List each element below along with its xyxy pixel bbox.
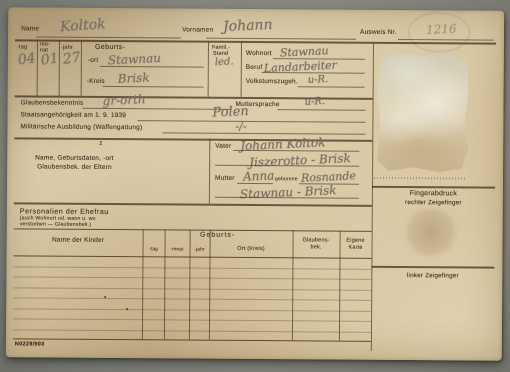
mutter-value: Anna bbox=[243, 168, 275, 183]
children-ort-col: Ort (Kreis) bbox=[210, 246, 293, 253]
wohnort-value: Stawnau bbox=[280, 44, 329, 59]
beruf-label: Beruf bbox=[246, 64, 263, 72]
table-column-divider bbox=[339, 231, 341, 341]
glauben-underline bbox=[83, 108, 231, 110]
fingerprint-title: Fingerabdruck bbox=[372, 190, 495, 199]
militaer-underline bbox=[162, 132, 365, 134]
mutter-label: Mutter bbox=[215, 175, 235, 183]
geborene-label: geborene bbox=[275, 177, 298, 183]
fingerprint-right-label: rechter Zeigefinger bbox=[372, 199, 495, 207]
mutter-line2-value: Stawnau - Brisk bbox=[240, 183, 337, 201]
children-glauben-col-1: Glaubens- bbox=[293, 237, 340, 244]
name-value: Koltok bbox=[60, 16, 106, 35]
kreis-underline bbox=[103, 86, 204, 88]
registration-card: Name Koltok Vornamen Johann Ausweis Nr. … bbox=[6, 7, 504, 360]
jahr-value: 27 bbox=[62, 50, 82, 68]
name-label: Name bbox=[21, 25, 39, 33]
ort-value: Stawnau bbox=[108, 51, 162, 67]
vornamen-value: Johann bbox=[223, 17, 273, 35]
muttersprache-value: u-R. bbox=[304, 96, 325, 108]
fingerprint-section-border bbox=[372, 186, 495, 189]
children-glauben-col-2: bek. bbox=[293, 244, 340, 251]
table-column-divider bbox=[292, 230, 294, 340]
militaer-label: Militärische Ausbildung (Waffengattung) bbox=[20, 123, 142, 131]
geburts-title: Geburts- bbox=[95, 44, 125, 52]
glauben-label: Glaubensbekenntnis bbox=[21, 99, 84, 107]
staat-value: Polen bbox=[212, 104, 249, 121]
volkstum-label: Volkstumszugeh. bbox=[246, 78, 298, 86]
children-tag-col: -tag bbox=[143, 247, 165, 253]
table-row bbox=[13, 318, 371, 321]
mutter-underline bbox=[237, 183, 273, 184]
ort-underline bbox=[100, 66, 204, 68]
glauben-value: gr-orth bbox=[102, 92, 146, 108]
table-column-divider bbox=[209, 230, 211, 340]
volkstum-value: u-R. bbox=[307, 74, 328, 86]
cell-divider bbox=[37, 40, 38, 95]
vater-line2-value: Jiszerotto - Brisk bbox=[249, 151, 351, 170]
vater-label: Vater bbox=[215, 143, 231, 151]
children-karte-col-2: Karte bbox=[340, 245, 372, 252]
muttersprache-underline bbox=[278, 109, 366, 111]
table-bottom-border bbox=[13, 338, 371, 341]
children-jahr-col: -jahr bbox=[190, 248, 210, 254]
monat-value: 01 bbox=[40, 50, 60, 68]
staat-label: Staatsangehörigkeit am 1. 9. 1939 bbox=[20, 111, 126, 119]
cell-divider bbox=[59, 41, 60, 96]
staat-underline bbox=[137, 120, 365, 123]
vornamen-underline bbox=[206, 38, 356, 40]
militaer-value: -/- bbox=[235, 120, 247, 133]
fingerprint-section-border bbox=[371, 266, 494, 269]
table-row bbox=[13, 297, 371, 300]
volkstum-underline bbox=[298, 86, 365, 87]
table-row bbox=[13, 266, 371, 269]
paper-speck bbox=[126, 308, 128, 310]
ort-label: -ort bbox=[88, 57, 99, 65]
tag-value: 04 bbox=[17, 50, 37, 68]
cell-divider bbox=[81, 41, 82, 96]
table-row bbox=[13, 329, 371, 332]
kreis-label: -Kreis bbox=[87, 78, 105, 86]
column-divider bbox=[209, 139, 210, 204]
vornamen-label: Vornamen bbox=[182, 26, 213, 34]
parents-label-line2: Glaubensbek. der Eltern bbox=[37, 163, 112, 171]
name-underline bbox=[36, 36, 181, 38]
children-name-header: Name der Kinder bbox=[14, 236, 143, 244]
famstand-value: led. bbox=[215, 56, 234, 68]
tag-label: -tag bbox=[17, 44, 27, 50]
fine-print-line bbox=[374, 177, 467, 180]
parents-section-number: 2 bbox=[99, 141, 102, 147]
paper-speck bbox=[104, 296, 106, 298]
children-mnat-col: -mnat bbox=[165, 247, 190, 253]
column-divider bbox=[208, 42, 209, 97]
table-row bbox=[13, 308, 371, 311]
table-column-divider bbox=[164, 229, 166, 339]
parents-label-line1: Name, Geburtsdaten, -ort bbox=[35, 154, 114, 162]
photo-remnant bbox=[377, 53, 469, 173]
wohnort-label: Wohnort bbox=[246, 50, 272, 58]
table-header-border bbox=[13, 255, 371, 258]
kreis-value: Brisk bbox=[117, 70, 149, 85]
ausweis-value: 1216 bbox=[426, 22, 457, 37]
form-code: N0229/903 bbox=[15, 341, 45, 348]
children-karte-col-1: Eigene bbox=[340, 238, 372, 245]
fingerprint-smudge bbox=[401, 208, 461, 256]
table-column-divider bbox=[189, 230, 191, 340]
fingerprint-left-label: linker Zeigefinger bbox=[371, 272, 494, 280]
column-divider bbox=[241, 42, 242, 97]
table-row bbox=[13, 276, 371, 279]
ausweis-label: Ausweis Nr. bbox=[360, 29, 397, 37]
table-row bbox=[13, 287, 371, 290]
table-column-divider bbox=[142, 229, 144, 339]
